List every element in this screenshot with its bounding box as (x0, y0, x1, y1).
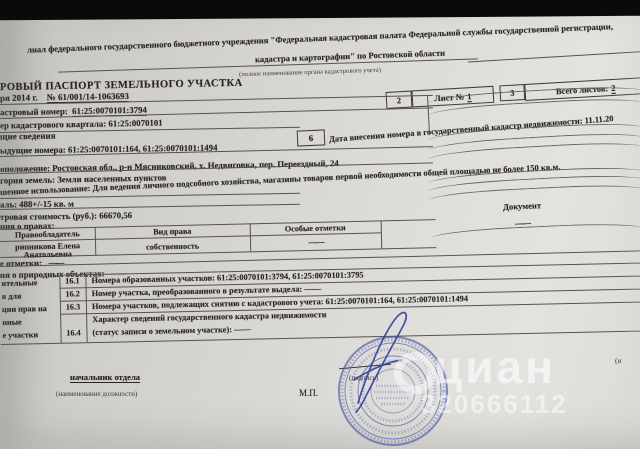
section16-table: ительные я для ции прав на нные е участк… (0, 260, 640, 346)
entry-number: 6 (309, 133, 314, 143)
initials-caption-partial: (и (615, 356, 622, 365)
watermark-brand: циан (434, 344, 556, 390)
s16-side-label: ительные (1, 278, 37, 288)
entry-number-cell: 6 (297, 129, 326, 146)
rights-table: Правообладатель Вид права Особые отметки… (0, 218, 436, 258)
rights-marks-dash: —— (250, 235, 381, 248)
s16-row-num: 16.3 (60, 302, 86, 312)
s16-side-label: ции прав на (2, 304, 47, 314)
footer-position-caption: (наименование должности) (56, 390, 137, 398)
s16-side-label: я для (2, 292, 22, 301)
footer-position: начальник отдела (70, 372, 140, 382)
special-marks-row: е отметки: —— (0, 258, 62, 269)
s16-side-label: нные (2, 318, 22, 327)
s16-row-num: 16.4 (60, 328, 86, 338)
quarter-number-row: ер кадастрового квартала: 61:25:0070101 (0, 118, 163, 131)
s16-row-num: 16.1 (59, 276, 85, 286)
empty-form-line (430, 221, 640, 246)
photo-black-edge (0, 0, 640, 20)
s16-row-num: 16.2 (60, 289, 86, 299)
document-photo: лиал федерального государственного бюдже… (0, 0, 640, 449)
s16-row-text: (статус записи о земельном участке): —— (92, 325, 251, 337)
watermark-id: 320666112 (421, 391, 568, 417)
footer-stamp-abbr: М.П. (299, 388, 318, 398)
doc-date: ря 2014 г. (0, 92, 38, 103)
special-marks-dash: —— (49, 258, 63, 268)
s16-side-label: е участки (2, 330, 38, 340)
watermark-logo-circle (394, 352, 436, 394)
general-info-header: щие сведения (0, 131, 56, 142)
sheet-cell-a: 2 (386, 91, 413, 109)
